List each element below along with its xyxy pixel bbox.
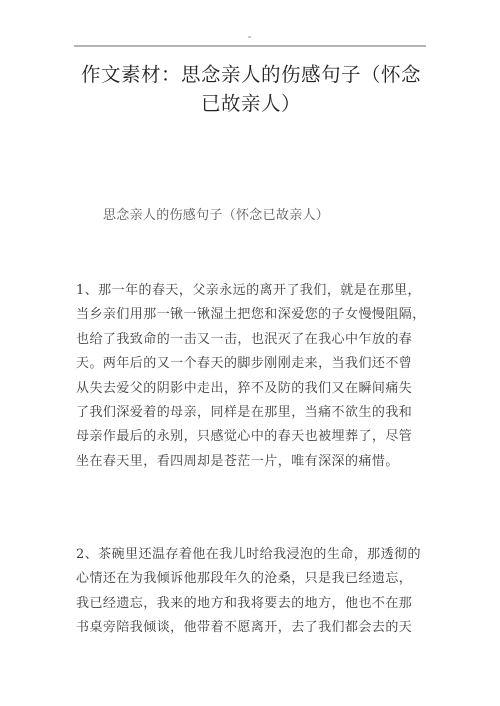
text-line: 也给了我致命的一击又一击，也泯灭了在我心中乍放的春 <box>76 328 426 352</box>
title-line: 已故亲人） <box>70 89 432 118</box>
paragraph-1: 1、那一年的春天，父亲永远的离开了我们，就是在那里， 当乡亲们用那一锹一锹湿土把… <box>76 279 426 474</box>
document-title: 作文素材：思念亲人的伤感句子（怀念 已故亲人） <box>70 60 432 118</box>
text-line: 母亲作最后的永别，只感觉心中的春天也被埋葬了，尽管 <box>76 425 426 449</box>
header-rule <box>74 45 426 47</box>
text-line: 了我们深爱着的母亲，同样是在那里，当痛不欲生的我和 <box>76 401 426 425</box>
page-marker-dot <box>248 36 251 38</box>
text-line: 1、那一年的春天，父亲永远的离开了我们，就是在那里， <box>76 279 426 303</box>
paragraph-2: 2、茶碗里还温存着他在我儿时给我浸泡的生命，那透彻的 心情还在为我倾诉他那段年久… <box>76 543 426 641</box>
text-line: 坐在春天里，看四周却是苍茫一片，唯有深深的痛惜。 <box>76 450 426 474</box>
text-line: 从失去爱父的阴影中走出，猝不及防的我们又在瞬间痛失 <box>76 377 426 401</box>
text-line: 2、茶碗里还温存着他在我儿时给我浸泡的生命，那透彻的 <box>76 543 426 567</box>
title-line: 作文素材：思念亲人的伤感句子（怀念 <box>70 60 432 89</box>
text-line: 天。两年后的又一个春天的脚步刚刚走来，当我们还不曾 <box>76 352 426 376</box>
text-line: 书桌旁陪我倾谈，他带着不愿离开，去了我们都会去的天 <box>76 616 426 640</box>
text-line: 我已经遗忘，我来的地方和我将要去的地方，他也不在那 <box>76 592 426 616</box>
text-line: 当乡亲们用那一锹一锹湿土把您和深爱您的子女慢慢阻隔， <box>76 303 426 327</box>
document-subtitle: 思念亲人的伤感句子（怀念已故亲人） <box>103 204 329 223</box>
text-line: 心情还在为我倾诉他那段年久的沧桑，只是我已经遗忘， <box>76 567 426 591</box>
